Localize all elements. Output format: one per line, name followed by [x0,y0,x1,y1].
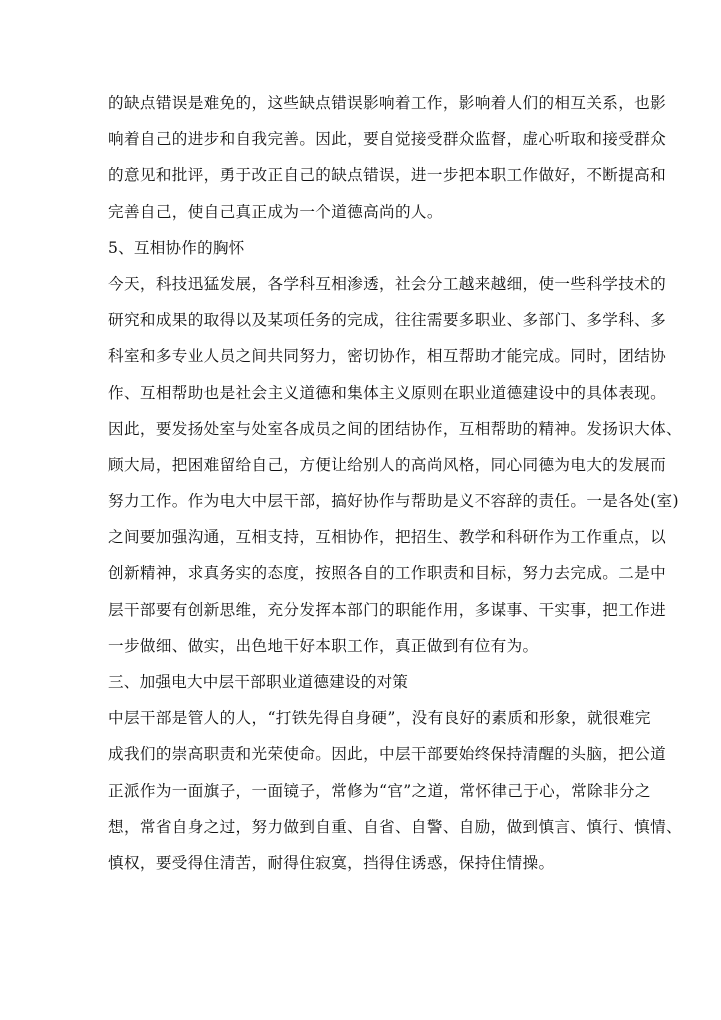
text-line: 想，常省自身之过，努力做到自重、自省、自警、自励，做到慎言、慎行、慎情、 [108,809,616,845]
text-line: 正派作为一面旗子，一面镜子，常修为“官”之道，常怀律己于心，常除非分之 [108,773,616,809]
text-line: 成我们的崇高职责和光荣使命。因此，中层干部要始终保持清醒的头脑，把公道 [108,736,616,772]
text-line: 层干部要有创新思维，充分发挥本部门的职能作用，多谋事、干实事，把工作进 [108,592,616,628]
text-line: 研究和成果的取得以及某项任务的完成，往往需要多职业、多部门、多学科、多 [108,302,616,338]
text-line: 的缺点错误是难免的，这些缺点错误影响着工作，影响着人们的相互关系，也影 [108,85,616,121]
text-line: 之间要加强沟通，互相支持，互相协作，把招生、教学和科研作为工作重点，以 [108,519,616,555]
paragraph-cooperation: 今天，科技迅猛发展，各学科互相渗透，社会分工越来越细，使一些科学技术的 研究和成… [108,266,616,664]
text-line: 科室和多专业人员之间共同努力，密切协作，相互帮助才能完成。同时，团结协 [108,338,616,374]
section-heading-countermeasures: 三、加强电大中层干部职业道德建设的对策 [108,664,616,700]
text-line: 完善自己，使自己真正成为一个道德高尚的人。 [108,194,616,230]
heading-text: 三、加强电大中层干部职业道德建设的对策 [108,664,616,700]
text-line: 顾大局，把困难留给自己，方便让给别人的高尚风格，同心同德为电大的发展而 [108,447,616,483]
text-line: 努力工作。作为电大中层干部，搞好协作与帮助是义不容辞的责任。一是各处(室) [108,483,616,519]
text-line: 作、互相帮助也是社会主义道德和集体主义原则在职业道德建设中的具体表现。 [108,375,616,411]
text-line: 一步做细、做实，出色地干好本职工作，真正做到有位有为。 [108,628,616,664]
section-heading-cooperation: 5、互相协作的胸怀 [108,230,616,266]
paragraph-self-improvement: 的缺点错误是难免的，这些缺点错误影响着工作，影响着人们的相互关系，也影 响着自己… [108,85,616,230]
text-line: 的意见和批评，勇于改正自己的缺点错误，进一步把本职工作做好，不断提高和 [108,157,616,193]
text-line: 今天，科技迅猛发展，各学科互相渗透，社会分工越来越细，使一些科学技术的 [108,266,616,302]
heading-text: 5、互相协作的胸怀 [108,230,616,266]
text-line: 慎权，要受得住清苦，耐得住寂寞，挡得住诱惑，保持住情操。 [108,845,616,881]
text-line: 响着自己的进步和自我完善。因此，要自觉接受群众监督，虚心听取和接受群众 [108,121,616,157]
text-line: 因此，要发扬处室与处室各成员之间的团结协作，互相帮助的精神。发扬识大体、 [108,411,616,447]
document-page: 的缺点错误是难免的，这些缺点错误影响着工作，影响着人们的相互关系，也影 响着自己… [108,85,616,881]
paragraph-countermeasures: 中层干部是管人的人，“打铁先得自身硬”，没有良好的素质和形象，就很难完 成我们的… [108,700,616,881]
text-line: 中层干部是管人的人，“打铁先得自身硬”，没有良好的素质和形象，就很难完 [108,700,616,736]
text-line: 创新精神，求真务实的态度，按照各自的工作职责和目标，努力去完成。二是中 [108,555,616,591]
